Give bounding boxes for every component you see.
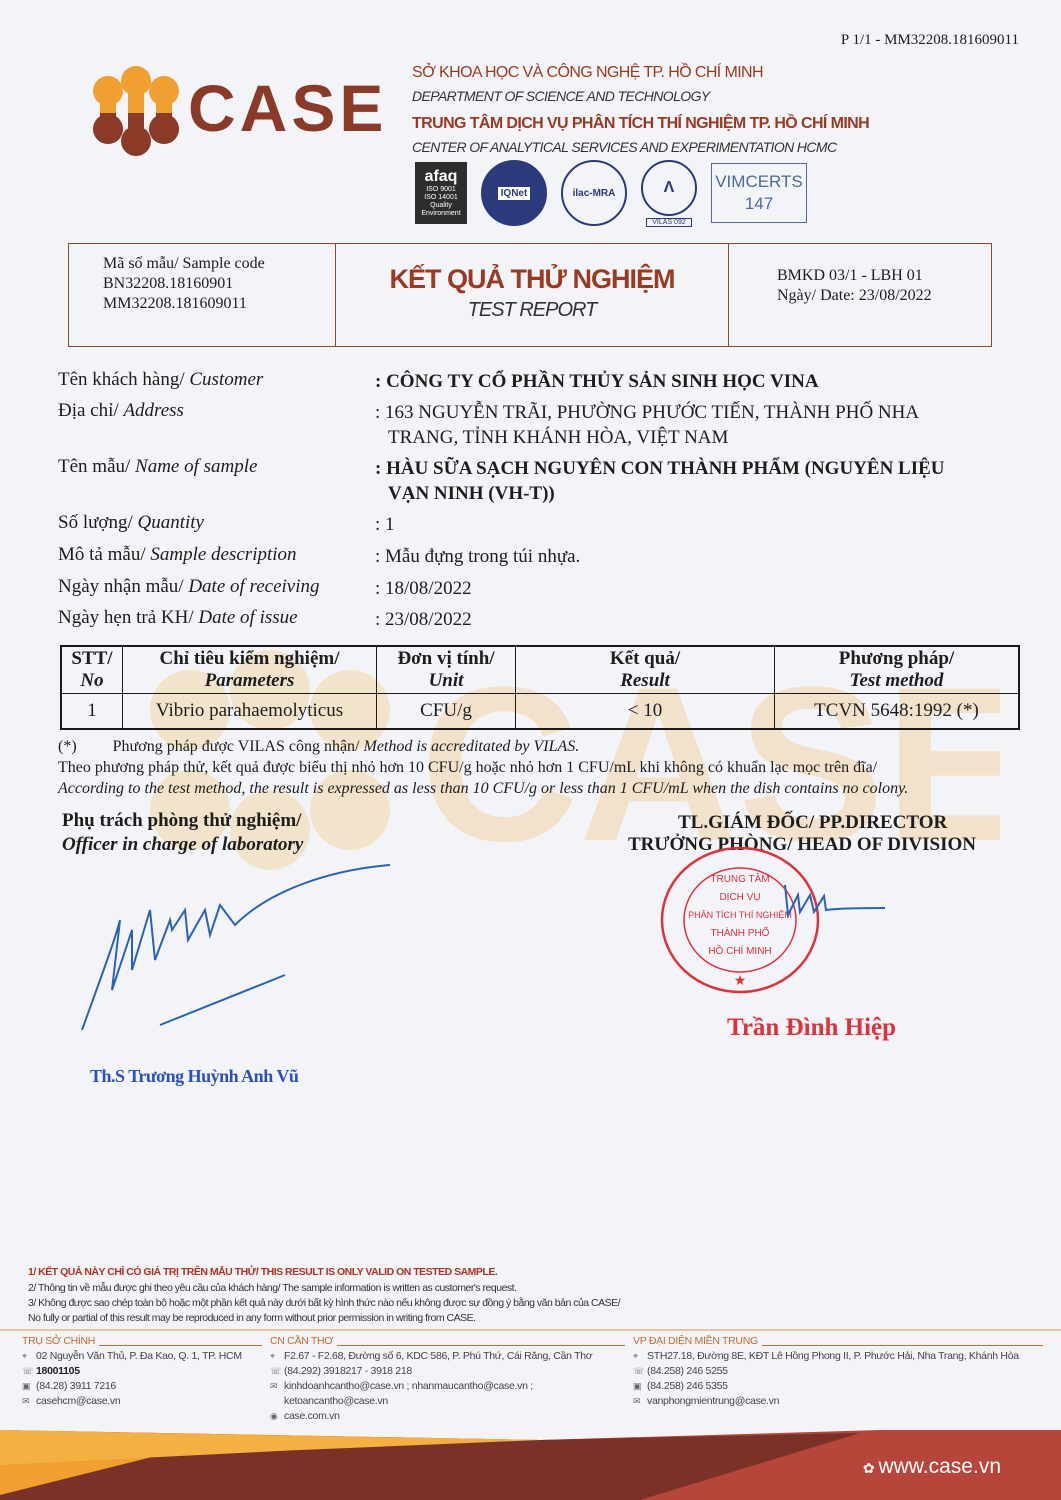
right-signature-icon [780,880,890,930]
office-headquarters: TRỤ SỞ CHÍNH ⌖02 Nguyễn Văn Thủ, P. Đa K… [22,1334,262,1409]
org-center-en: CENTER OF ANALYTICAL SERVICES AND EXPERI… [412,139,837,155]
afaq-iso-icon: afaq ISO 9001 ISO 14001 Quality Environm… [415,162,467,224]
left-signatory-name: Th.S Trương Huỳnh Anh Vũ [90,1066,298,1087]
customer-label: Tên khách hàng/ Customer [58,369,263,391]
footer-note-2: 2/ Thông tin về mẫu được ghi theo yêu cầ… [28,1282,517,1294]
org-center-vi: TRUNG TÂM DỊCH VỤ PHÂN TÍCH THÍ NGHIỆM T… [412,115,869,133]
mail-icon: ✉ [22,1394,36,1409]
office-email[interactable]: vanphongmientrung@case.vn [647,1395,779,1407]
map-pin-icon: ⌖ [633,1349,647,1364]
accreditation-note: (*)Phương pháp được VILAS công nhận/ Met… [58,738,579,756]
office-website[interactable]: case.com.vn [284,1410,340,1422]
report-date: Ngày/ Date: 23/08/2022 [777,286,991,306]
date-issue-value: : 23/08/2022 [375,607,1025,632]
office-email[interactable]: casehcm@case.vn [36,1395,120,1407]
svg-text:HỒ CHÍ MINH: HỒ CHÍ MINH [708,944,771,957]
sample-code: BN32208.18160901 [103,274,335,294]
method-note-vi: Theo phương pháp thử, kết quả được biểu … [58,759,877,777]
phone-icon: ☏ [270,1364,284,1379]
report-header-box: Mã số mẫu/ Sample code BN32208.18160901 … [68,243,992,347]
address-value: : 163 NGUYỄN TRÃI, PHƯỜNG PHƯỚC TIẾN, TH… [375,400,1025,450]
phone-icon: ☏ [633,1364,647,1379]
cell-unit: CFU/g [377,694,516,730]
cell-parameter: Vibrio parahaemolyticus [123,694,377,730]
cell-test-method: TCVN 5648:1992 (*) [775,694,1020,730]
table-row: 1 Vibrio parahaemolyticus CFU/g < 10 TCV… [61,694,1019,730]
sample-code-label: Mã số mẫu/ Sample code [103,254,335,274]
map-pin-icon: ⌖ [270,1349,284,1364]
iqnet-certified-icon: IQNet [481,160,547,226]
report-subtitle: TEST REPORT [336,299,728,322]
footer-divider [0,1329,1061,1331]
sample-description-label: Mô tả mẫu/ Sample description [58,544,297,566]
date-receiving-value: : 18/08/2022 [375,576,1025,601]
org-department-en: DEPARTMENT OF SCIENCE AND TECHNOLOGY [412,88,710,104]
svg-text:★: ★ [734,972,747,988]
phone-icon: ☏ [22,1364,36,1379]
sample-name-label: Tên mẫu/ Name of sample [58,456,257,478]
report-title-block: KẾT QUẢ THỬ NGHIỆM TEST REPORT [336,244,729,346]
left-signature-icon [70,860,400,1030]
form-code: BMKD 03/1 - LBH 01 [777,266,991,286]
date-issue-label: Ngày hẹn trả KH/ Date of issue [58,607,298,629]
mail-icon: ✉ [633,1394,647,1409]
header-test-method: Phương pháp/Test method [775,646,1020,694]
map-pin-icon: ⌖ [22,1349,36,1364]
header-parameters: Chỉ tiêu kiểm nghiệm/Parameters [123,646,377,694]
office-email[interactable]: kinhdoanhcantho@case.vn ; nhanmaucantho@… [284,1380,533,1392]
svg-text:THÀNH PHỐ: THÀNH PHỐ [711,925,770,939]
fax-icon: ▣ [22,1379,36,1394]
right-signatory-name: Trần Đình Hiệp [727,1014,896,1042]
office-can-tho: CN CẦN THƠ ⌖F2.67 - F2.68, Đường số 6, K… [270,1334,625,1424]
office-central-region: VP ĐẠI DIỆN MIỀN TRUNG ⌖STH27.18, Đường … [633,1334,1043,1409]
right-signatory-title-1: TL.GIÁM ĐỐC/ PP.DIRECTOR [678,812,947,834]
left-signatory-title-vi: Phụ trách phòng thử nghiệm/ [62,810,301,832]
header-result: Kết quả/Result [516,646,775,694]
customer-value: : CÔNG TY CỔ PHẦN THỦY SẢN SINH HỌC VINA [375,369,1025,394]
svg-text:TRUNG TÂM: TRUNG TÂM [710,872,769,885]
sample-code: MM32208.181609011 [103,294,335,314]
office-name: CN CẦN THƠ [270,1334,333,1349]
org-department-vi: SỞ KHOA HỌC VÀ CÔNG NGHỆ TP. HỒ CHÍ MINH [412,64,763,82]
ilac-mra-icon: ilac-MRA [561,160,627,226]
website-link[interactable]: ✿ www.case.vn [863,1455,1001,1479]
page-reference: P 1/1 - MM32208.181609011 [841,32,1019,49]
results-table: STT/No Chỉ tiêu kiểm nghiệm/Parameters Đ… [60,645,1020,730]
date-receiving-label: Ngày nhận mẫu/ Date of receiving [58,576,320,598]
brand-name: CASE [188,70,387,146]
footer-note-1: 1/ KẾT QUẢ NÀY CHỈ CÓ GIÁ TRỊ TRÊN MẪU T… [28,1266,497,1278]
quantity-value: : 1 [375,512,1025,537]
report-title: KẾT QUẢ THỬ NGHIỆM [336,264,728,295]
cell-result: < 10 [516,694,775,730]
certification-logos: afaq ISO 9001 ISO 14001 Quality Environm… [415,160,807,226]
globe-icon: ✿ [863,1460,879,1476]
office-name: VP ĐẠI DIỆN MIỀN TRUNG [633,1334,758,1349]
left-signatory-title-en: Officer in charge of laboratory [62,834,303,856]
header-no: STT/No [61,646,123,694]
header-unit: Đơn vị tính/Unit [377,646,516,694]
svg-text:DỊCH VỤ: DỊCH VỤ [719,892,760,903]
svg-text:PHÂN TÍCH THÍ NGHIỆM: PHÂN TÍCH THÍ NGHIỆM [688,910,792,920]
sample-name-value: : HÀU SỮA SẠCH NGUYÊN CON THÀNH PHẨM (NG… [375,456,1025,506]
footer-note-3-en: No fully or partial of this result may b… [28,1312,476,1324]
fax-icon: ▣ [633,1379,647,1394]
mail-icon: ✉ [270,1379,284,1394]
address-label: Địa chỉ/ Address [58,400,184,422]
quantity-label: Số lượng/ Quantity [58,512,204,534]
vimcerts-badge: VIMCERTS 147 [711,163,807,223]
method-note-en: According to the test method, the result… [58,780,908,798]
form-info-block: BMKD 03/1 - LBH 01 Ngày/ Date: 23/08/202… [729,244,991,346]
sample-description-value: : Mẫu đựng trong túi nhựa. [375,544,1025,569]
office-email[interactable]: ketoancantho@case.vn [270,1394,625,1409]
footer-note-3: 3/ Không được sao chép toàn bộ hoặc một … [28,1297,620,1309]
office-name: TRỤ SỞ CHÍNH [22,1334,95,1349]
cell-no: 1 [61,694,123,730]
vilas-accreditation-icon: Λ VILAS 092 [641,160,697,227]
table-header-row: STT/No Chỉ tiêu kiểm nghiệm/Parameters Đ… [61,646,1019,694]
sample-code-block: Mã số mẫu/ Sample code BN32208.18160901 … [69,244,336,346]
globe-icon: ◉ [270,1409,284,1424]
